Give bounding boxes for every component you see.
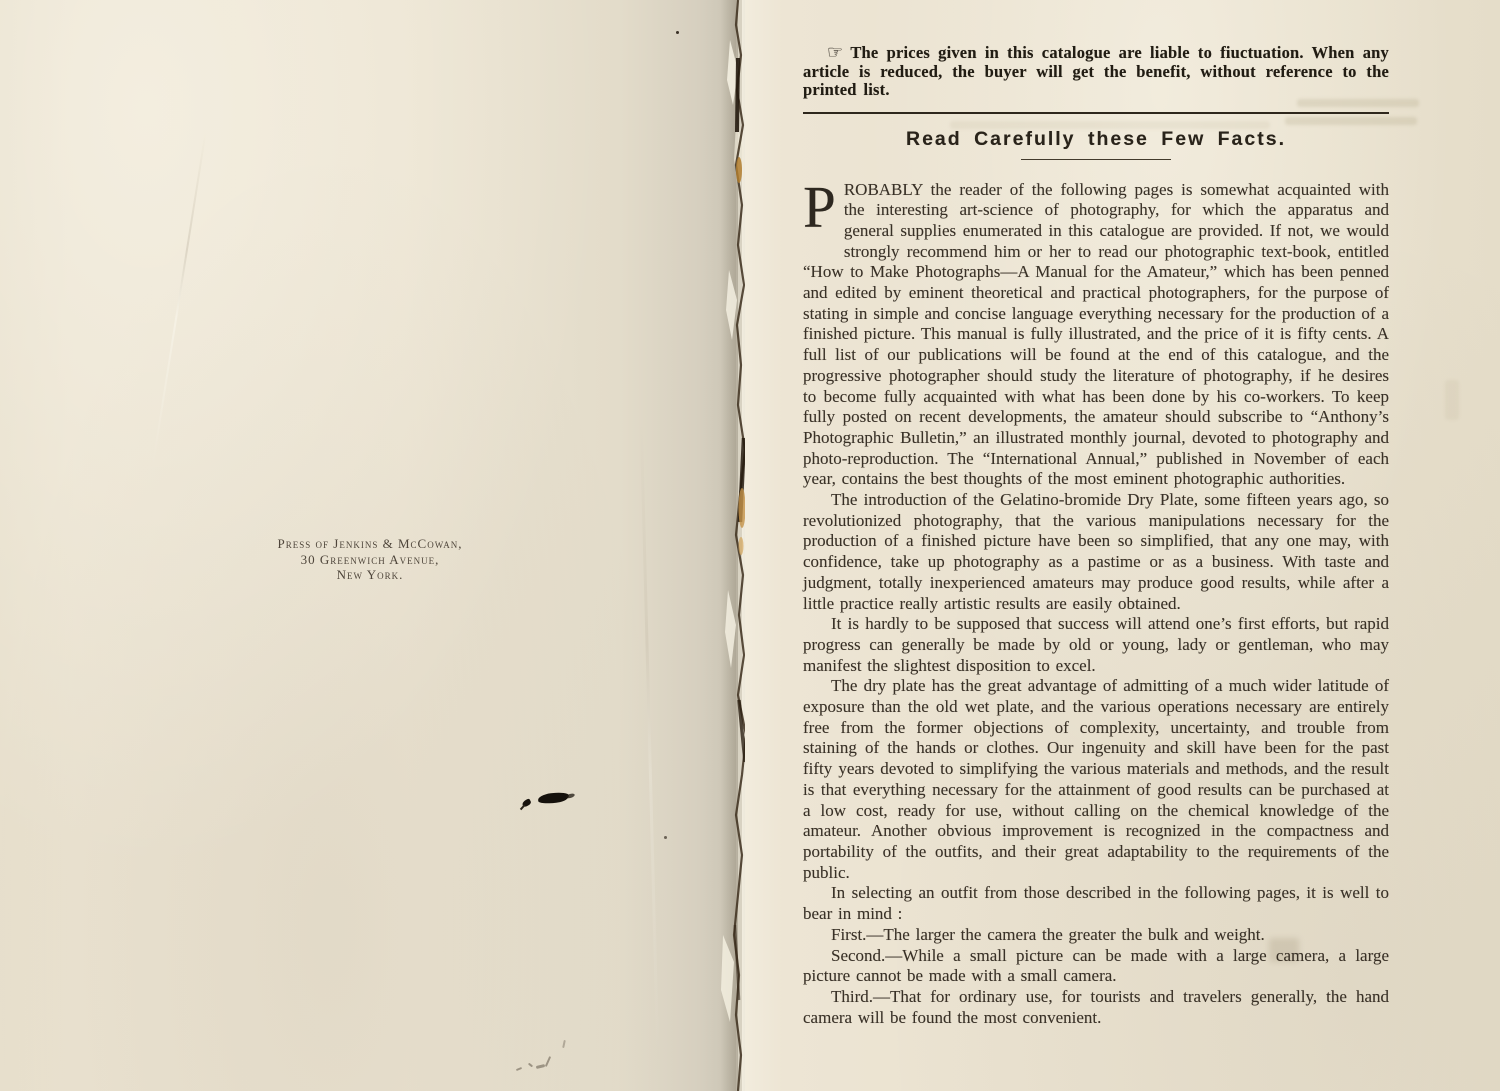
body-paragraph: Third.—That for ordinary use, for touris… [803, 987, 1389, 1028]
body-text: PROBABLY the reader of the following pag… [803, 180, 1389, 1029]
pencil-marks [508, 1038, 578, 1084]
body-paragraph: It is hardly to be supposed that success… [803, 614, 1389, 676]
body-paragraph: In selecting an outfit from those descri… [803, 883, 1389, 924]
imprint-line-3: New York. [240, 567, 500, 583]
ink-smudge [518, 788, 580, 812]
body-paragraph: The dry plate has the great advantage of… [803, 676, 1389, 883]
book-scan: Press of Jenkins & McCowan, 30 Greenwich… [0, 0, 1500, 1091]
imprint-line-1: Press of Jenkins & McCowan, [240, 536, 500, 552]
show-through [1445, 380, 1459, 420]
paper-speck [664, 836, 667, 839]
body-paragraph: Second.—While a small picture can be mad… [803, 946, 1389, 987]
printer-imprint: Press of Jenkins & McCowan, 30 Greenwich… [240, 536, 500, 583]
section-heading: Read Carefully these Few Facts. [803, 128, 1389, 150]
price-notice: ☞The prices given in this catalogue are … [803, 44, 1389, 100]
manicule-icon: ☞ [827, 42, 843, 63]
right-page: ☞The prices given in this catalogue are … [745, 0, 1500, 1091]
paper-speck [676, 31, 679, 34]
paper-crease [640, 420, 660, 1060]
notice-divider [803, 112, 1389, 114]
body-paragraph: First.—The larger the camera the greater… [803, 925, 1389, 946]
price-notice-text: The prices given in this catalogue are l… [803, 43, 1389, 99]
paper-crease [151, 132, 206, 468]
drop-cap: P [803, 180, 844, 243]
page-content: ☞The prices given in this catalogue are … [803, 44, 1389, 1028]
body-paragraph: PROBABLY the reader of the following pag… [803, 180, 1389, 491]
imprint-line-2: 30 Greenwich Avenue, [240, 552, 500, 568]
heading-underline [1021, 159, 1171, 160]
left-page: Press of Jenkins & McCowan, 30 Greenwich… [0, 0, 736, 1091]
body-paragraph: The introduction of the Gelatino-bromide… [803, 490, 1389, 614]
